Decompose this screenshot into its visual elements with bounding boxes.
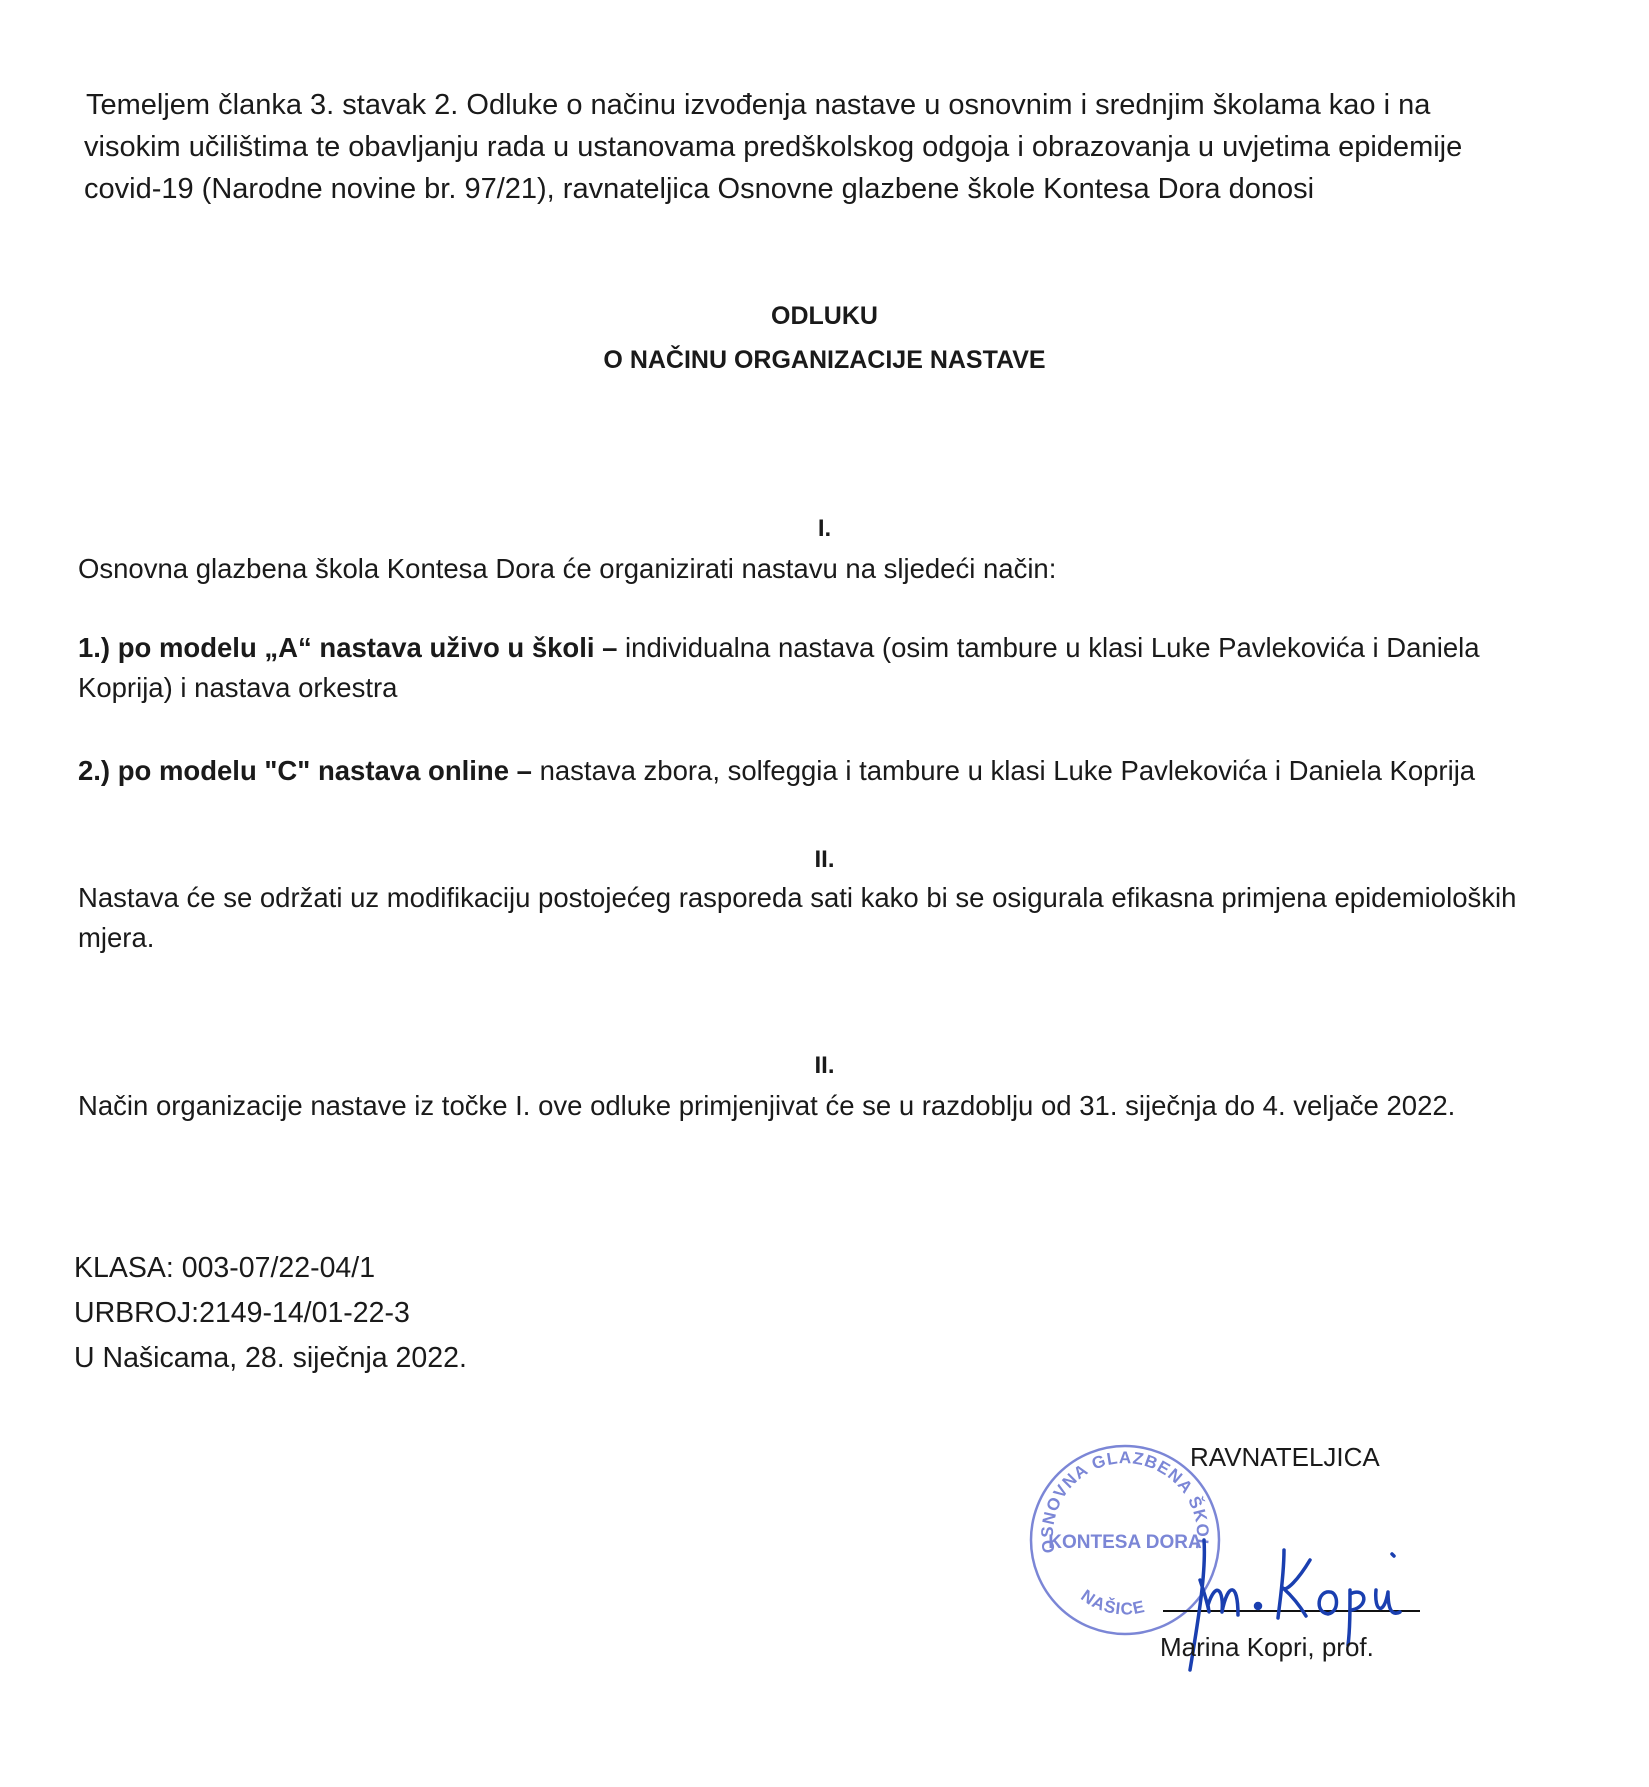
section-2-line-1: Nastava će se održati uz modifikaciju po… (78, 878, 1578, 918)
place-and-date: U Našicama, 28. siječnja 2022. (74, 1338, 467, 1378)
intro-line-3: covid-19 (Narodne novine br. 97/21), rav… (84, 168, 1586, 210)
intro-paragraph: Temeljem članka 3. stavak 2. Odluke o na… (86, 84, 1586, 210)
signatory-role: RAVNATELJICA (1190, 1442, 1380, 1473)
model-c-label: 2.) po modelu "C" nastava online – (78, 755, 532, 786)
section-2-number: II. (0, 846, 1649, 874)
section-2-line-2: mjera. (78, 918, 1578, 958)
svg-text:NAŠICE: NAŠICE (1077, 1586, 1147, 1619)
model-a-description: individualna nastava (osim tambure u kla… (617, 632, 1479, 663)
section-1-number: I. (0, 515, 1649, 543)
section-3-text: Način organizacije nastave iz točke I. o… (78, 1086, 1578, 1126)
section-1-text: Osnovna glazbena škola Kontesa Dora će o… (78, 549, 1578, 589)
section-3-number: II. (0, 1052, 1649, 1080)
decision-subtitle: O NAČINU ORGANIZACIJE NASTAVE (0, 346, 1649, 375)
intro-line-2: visokim učilištima te obavljanju rada u … (84, 126, 1586, 168)
intro-line-1: Temeljem članka 3. stavak 2. Odluke o na… (86, 84, 1586, 126)
model-c-description: nastava zbora, solfeggia i tambure u kla… (532, 755, 1475, 786)
signatory-name: Marina Kopri, prof. (1160, 1632, 1374, 1663)
stamp-center-text: KONTESA DORA (1048, 1532, 1202, 1553)
klasa-number: KLASA: 003-07/22-04/1 (74, 1248, 375, 1288)
urbroj-number: URBROJ:2149-14/01-22-3 (74, 1293, 410, 1333)
decision-title: ODLUKU (0, 302, 1649, 331)
list-item-model-a: 1.) po modelu „A“ nastava uživo u školi … (78, 628, 1578, 708)
document-page: Temeljem članka 3. stavak 2. Odluke o na… (0, 0, 1649, 1787)
model-a-label: 1.) po modelu „A“ nastava uživo u školi … (78, 632, 617, 663)
stamp-bottom-text: NAŠICE (1077, 1586, 1147, 1619)
list-item-model-c: 2.) po modelu "C" nastava online – nasta… (78, 751, 1578, 791)
model-a-description-cont: Koprija) i nastava orkestra (78, 668, 1578, 708)
section-2-text: Nastava će se održati uz modifikaciju po… (78, 878, 1578, 958)
